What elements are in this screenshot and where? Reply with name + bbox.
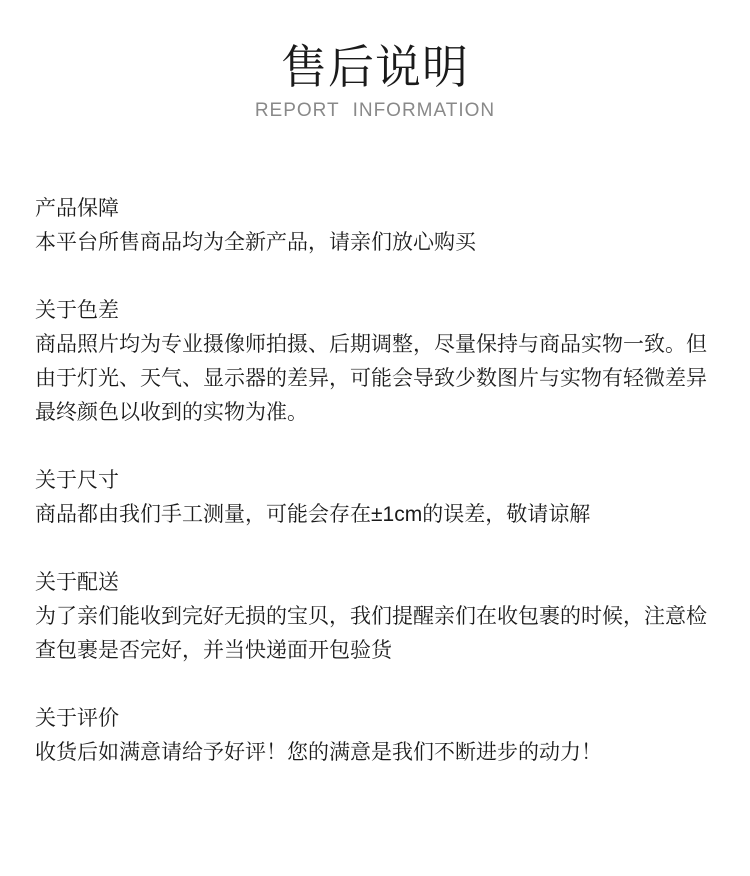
section-heading: 关于配送: [35, 566, 715, 600]
section-body: 本平台所售商品均为全新产品，请亲们放心购买: [35, 226, 715, 260]
body-line: 由于灯光、天气、显示器的差异，可能会导致少数图片与实物有轻微差异: [35, 362, 715, 396]
info-section: 关于配送 为了亲们能收到完好无损的宝贝，我们提醒亲们在收包裹的时候，注意检查包裹…: [35, 566, 715, 668]
body-line: 商品照片均为专业摄像师拍摄、后期调整，尽量保持与商品实物一致。但: [35, 328, 715, 362]
page-header: 售后说明 REPORT INFORMATION: [0, 0, 750, 124]
section-body: 商品都由我们手工测量，可能会存在±1cm的误差，敬请谅解: [35, 498, 715, 532]
section-body: 为了亲们能收到完好无损的宝贝，我们提醒亲们在收包裹的时候，注意检查包裹是否完好，…: [35, 600, 715, 668]
info-section: 产品保障 本平台所售商品均为全新产品，请亲们放心购买: [35, 192, 715, 260]
body-line: 本平台所售商品均为全新产品，请亲们放心购买: [35, 226, 715, 260]
section-heading: 关于尺寸: [35, 464, 715, 498]
section-heading: 关于色差: [35, 294, 715, 328]
info-section: 关于色差 商品照片均为专业摄像师拍摄、后期调整，尽量保持与商品实物一致。但由于灯…: [35, 294, 715, 430]
section-body: 商品照片均为专业摄像师拍摄、后期调整，尽量保持与商品实物一致。但由于灯光、天气、…: [35, 328, 715, 430]
info-section: 关于尺寸 商品都由我们手工测量，可能会存在±1cm的误差，敬请谅解: [35, 464, 715, 532]
section-heading: 关于评价: [35, 702, 715, 736]
after-sales-page: 售后说明 REPORT INFORMATION 产品保障 本平台所售商品均为全新…: [0, 0, 750, 876]
section-heading: 产品保障: [35, 192, 715, 226]
page-title: 售后说明: [0, 36, 750, 98]
body-line: 为了亲们能收到完好无损的宝贝，我们提醒亲们在收包裹的时候，注意检: [35, 600, 715, 634]
body-line: 收货后如满意请给予好评！您的满意是我们不断进步的动力！: [35, 736, 715, 770]
sections-container: 产品保障 本平台所售商品均为全新产品，请亲们放心购买 关于色差 商品照片均为专业…: [0, 192, 750, 770]
page-subtitle: REPORT INFORMATION: [0, 98, 750, 124]
info-section: 关于评价 收货后如满意请给予好评！您的满意是我们不断进步的动力！: [35, 702, 715, 770]
body-line: 查包裹是否完好，并当快递面开包验货: [35, 634, 715, 668]
section-body: 收货后如满意请给予好评！您的满意是我们不断进步的动力！: [35, 736, 715, 770]
body-line: 商品都由我们手工测量，可能会存在±1cm的误差，敬请谅解: [35, 498, 715, 532]
body-line: 最终颜色以收到的实物为准。: [35, 396, 715, 430]
